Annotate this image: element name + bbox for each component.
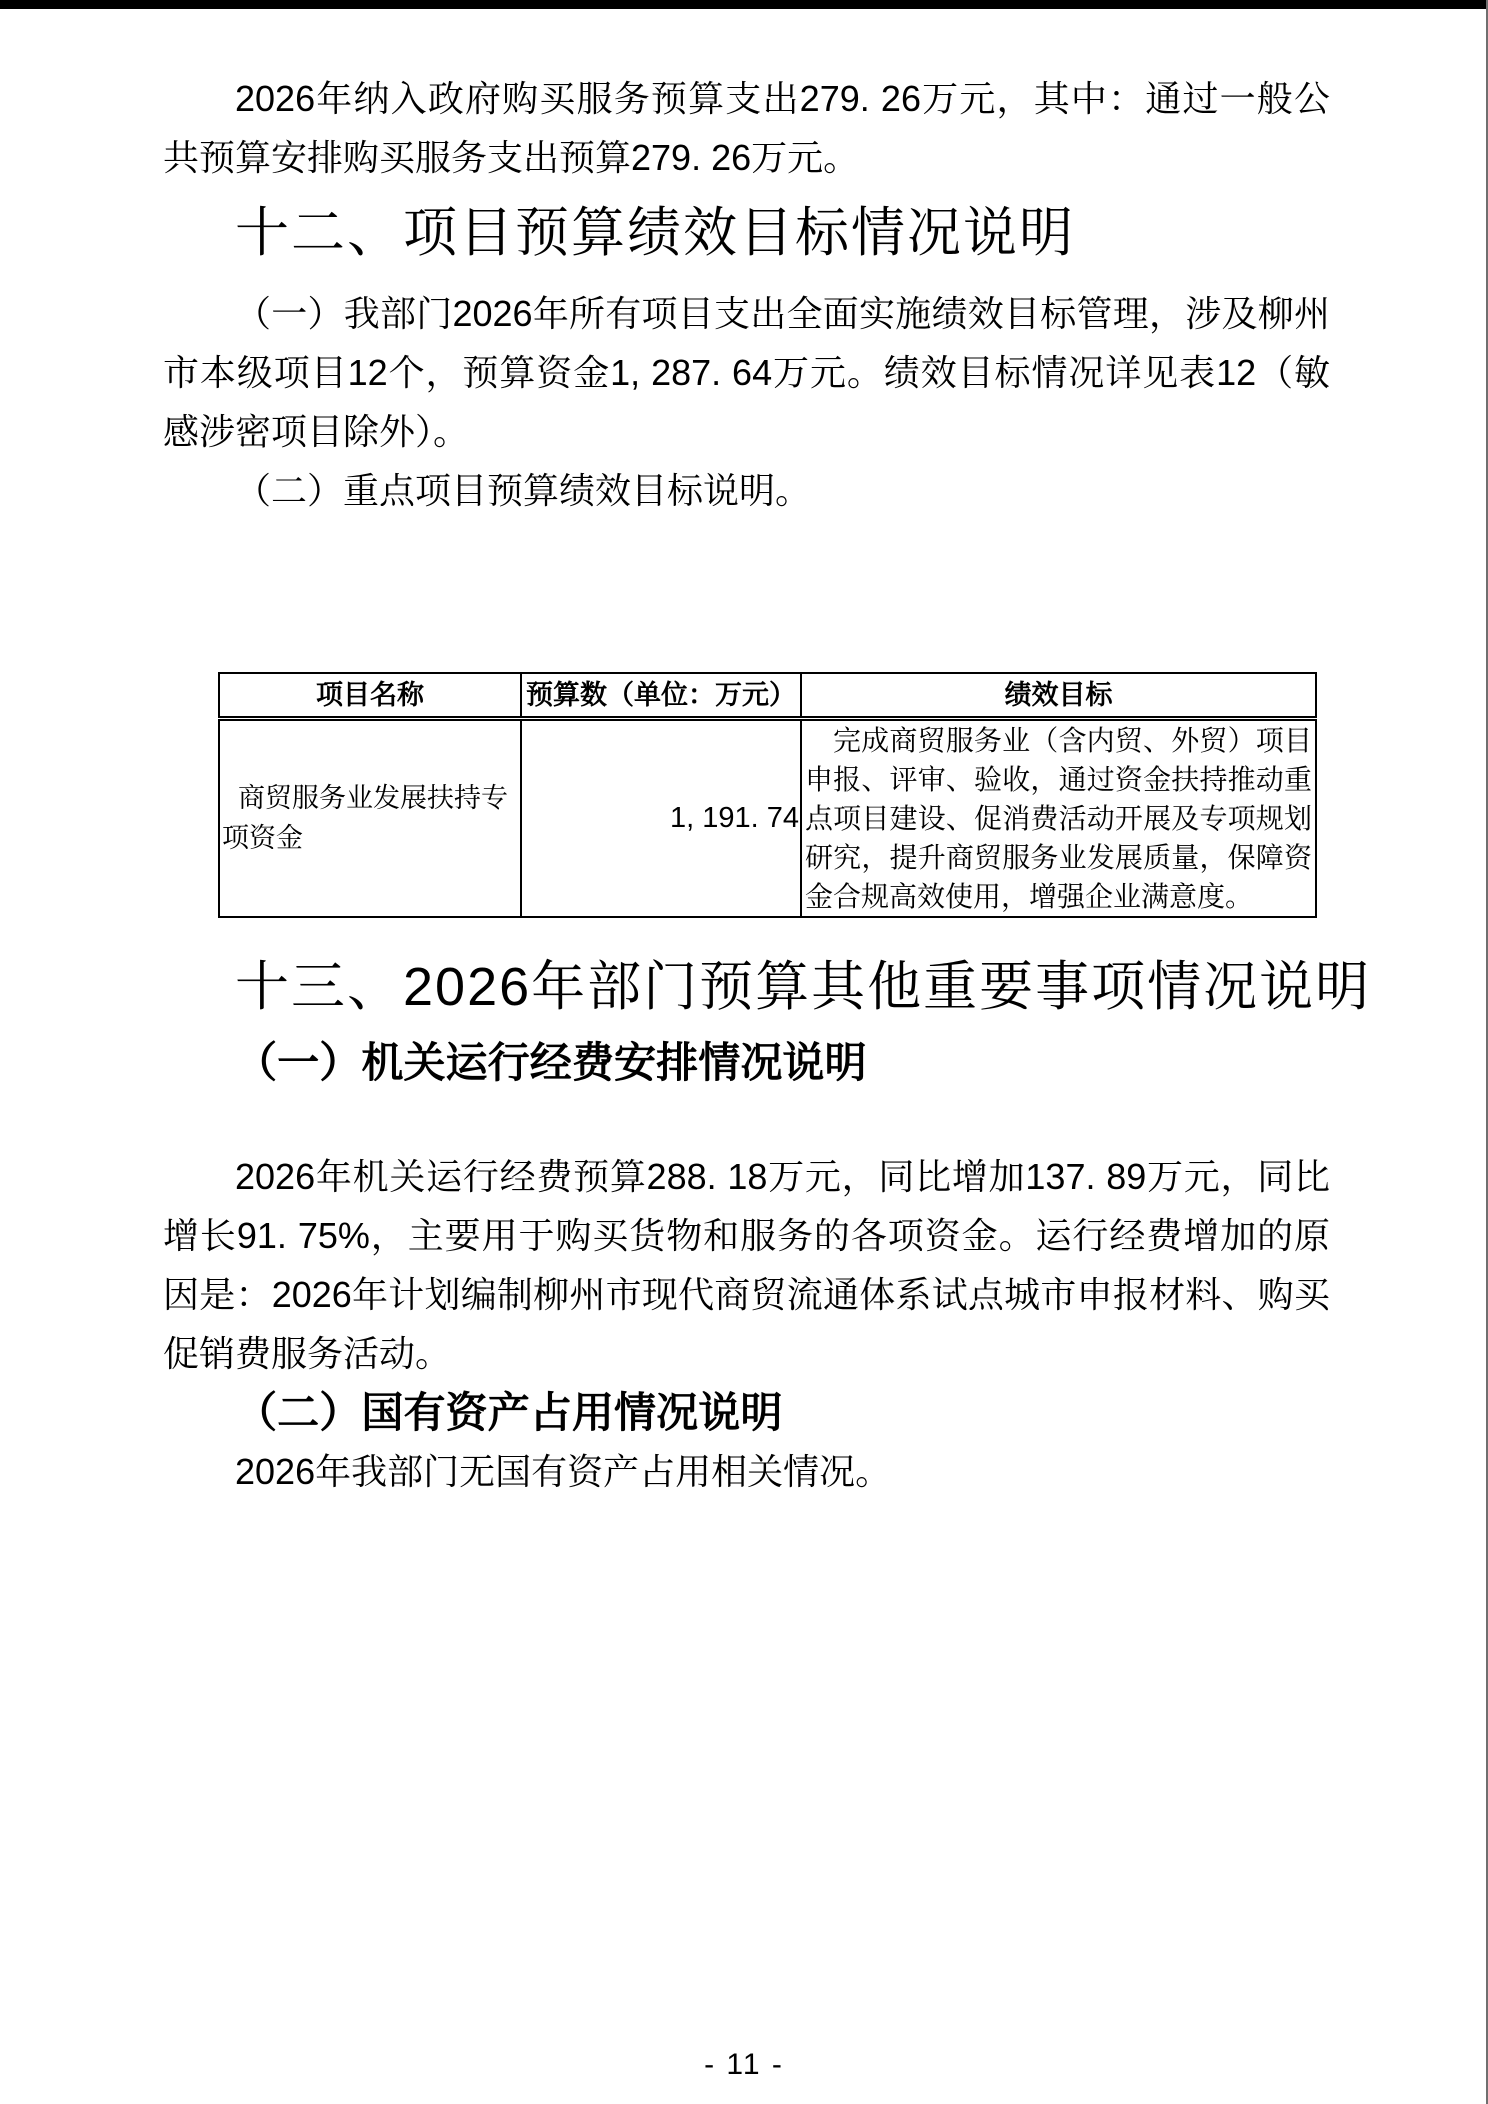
sub-heading-state-assets: （二）国有资产占用情况说明: [163, 1383, 1330, 1442]
paragraph-performance-target-overview: （一）我部门2026年所有项目支出全面实施绩效目标管理，涉及柳州市本级项目12个…: [163, 284, 1330, 461]
section-heading-12: 十二、项目预算绩效目标情况说明: [163, 204, 1330, 263]
table-header-budget-amount: 预算数（单位：万元）: [521, 673, 801, 718]
table-cell-performance-target: 完成商贸服务业（含内贸、外贸）项目申报、评审、验收，通过资金扶持推动重点项目建设…: [801, 718, 1316, 917]
paragraph-gov-purchase-budget: 2026年纳入政府购买服务预算支出279. 26万元，其中：通过一般公共预算安排…: [163, 69, 1330, 187]
table-header-performance-target: 绩效目标: [801, 673, 1316, 718]
table-row: 商贸服务业发展扶持专项资金 1, 191. 74 完成商贸服务业（含内贸、外贸）…: [219, 718, 1316, 917]
page-content: 2026年纳入政府购买服务预算支出279. 26万元，其中：通过一般公共预算安排…: [163, 0, 1330, 1501]
table-header-project-name: 项目名称: [219, 673, 521, 718]
performance-target-table: 项目名称 预算数（单位：万元） 绩效目标 商贸服务业发展扶持专项资金 1, 19…: [218, 672, 1317, 918]
table-cell-budget-amount: 1, 191. 74: [521, 718, 801, 917]
section-heading-13: 十三、2026年部门预算其他重要事项情况说明: [163, 958, 1330, 1017]
table-cell-project-name: 商贸服务业发展扶持专项资金: [219, 718, 521, 917]
document-page: 2026年纳入政府购买服务预算支出279. 26万元，其中：通过一般公共预算安排…: [0, 0, 1488, 2104]
page-number: - 11 -: [0, 2048, 1488, 2082]
paragraph-key-project-intro: （二）重点项目预算绩效目标说明。: [163, 461, 1330, 520]
sub-heading-operating-expense: （一）机关运行经费安排情况说明: [163, 1033, 1330, 1092]
paragraph-state-assets-detail: 2026年我部门无国有资产占用相关情况。: [163, 1442, 1330, 1501]
paragraph-operating-expense-detail: 2026年机关运行经费预算288. 18万元，同比增加137. 89万元，同比增…: [163, 1147, 1330, 1383]
table-header-row: 项目名称 预算数（单位：万元） 绩效目标: [219, 673, 1316, 718]
